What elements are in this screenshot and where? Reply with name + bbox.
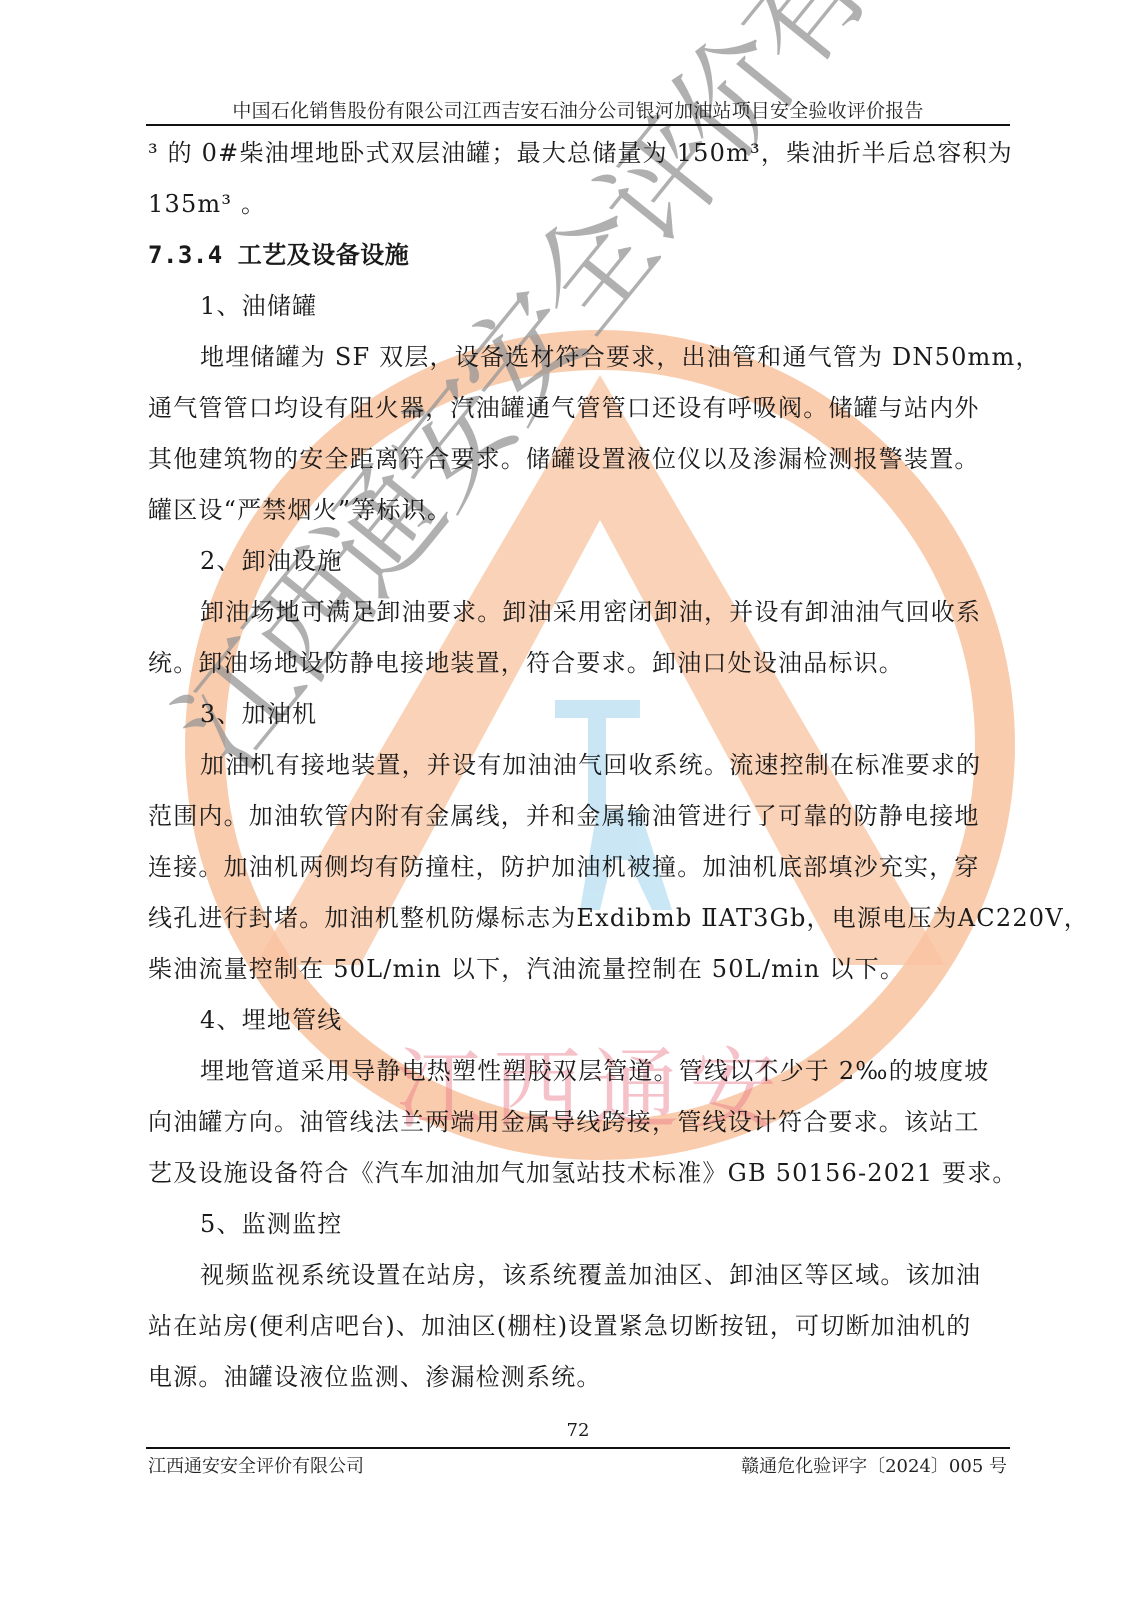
body-line: 向油罐方向。油管线法兰两端用金属导线跨接，管线设计符合要求。该站工 — [148, 1097, 1008, 1148]
body-line: 视频监视系统设置在站房，该系统覆盖加油区、卸油区等区域。该加油 — [148, 1250, 1008, 1301]
subsection-heading-dispenser: 3、加油机 — [148, 689, 1008, 740]
body-line: 135m³ 。 — [148, 179, 1008, 230]
body-line: 柴油流量控制在 50L/min 以下，汽油流量控制在 50L/min 以下。 — [148, 944, 1008, 995]
footer-company: 江西通安安全评价有限公司 — [148, 1452, 364, 1478]
body-line: 连接。加油机两侧均有防撞柱，防护加油机被撞。加油机底部填沙充实，穿 — [148, 842, 1008, 893]
report-body: ³ 的 0#柴油埋地卧式双层油罐；最大总储量为 150m³，柴油折半后总容积为 … — [148, 128, 1008, 1403]
body-line: 罐区设“严禁烟火”等标识。 — [148, 485, 1008, 536]
header-divider — [146, 124, 1010, 126]
footer-document-number: 赣通危化验评字〔2024〕005 号 — [741, 1452, 1007, 1478]
body-line: 站在站房(便利店吧台)、加油区(棚柱)设置紧急切断按钮，可切断加油机的 — [148, 1301, 1008, 1352]
body-line: 艺及设施设备符合《汽车加油加气加氢站技术标准》GB 50156-2021 要求。 — [148, 1148, 1008, 1199]
section-heading: 7.3.4 工艺及设备设施 — [148, 230, 1008, 281]
body-line: 电源。油罐设液位监测、渗漏检测系统。 — [148, 1352, 1008, 1403]
subsection-heading-pipeline: 4、埋地管线 — [148, 995, 1008, 1046]
footer-divider — [146, 1447, 1010, 1449]
body-line: 统。卸油场地设防静电接地装置，符合要求。卸油口处设油品标识。 — [148, 638, 1008, 689]
body-line: 通气管管口均设有阻火器，汽油罐通气管管口还设有呼吸阀。储罐与站内外 — [148, 383, 1008, 434]
body-line: ³ 的 0#柴油埋地卧式双层油罐；最大总储量为 150m³，柴油折半后总容积为 — [148, 128, 1008, 179]
body-line: 范围内。加油软管内附有金属线，并和金属输油管进行了可靠的防静电接地 — [148, 791, 1008, 842]
body-line: 卸油场地可满足卸油要求。卸油采用密闭卸油，并设有卸油油气回收系 — [148, 587, 1008, 638]
body-line: 其他建筑物的安全距离符合要求。储罐设置液位仪以及渗漏检测报警装置。 — [148, 434, 1008, 485]
body-line: 地埋储罐为 SF 双层，设备选材符合要求，出油管和通气管为 DN50mm， — [148, 332, 1008, 383]
body-line: 加油机有接地装置，并设有加油油气回收系统。流速控制在标准要求的 — [148, 740, 1008, 791]
subsection-heading-tank: 1、油储罐 — [148, 281, 1008, 332]
report-header-title: 中国石化销售股份有限公司江西吉安石油分公司银河加油站项目安全验收评价报告 — [148, 96, 1008, 123]
document-page: 江西通安 江西通安安全评价有限公司 中国石化销售股份有限公司江西吉安石油分公司银… — [0, 0, 1131, 1600]
section-number: 7.3.4 — [148, 241, 223, 269]
body-line: 线孔进行封堵。加油机整机防爆标志为Exdibmb ⅡAT3Gb，电源电压为AC2… — [148, 893, 1008, 944]
section-title: 工艺及设备设施 — [238, 241, 410, 269]
body-line: 埋地管道采用导静电热塑性塑胶双层管道。管线以不少于 2‰的坡度坡 — [148, 1046, 1008, 1097]
subsection-heading-monitoring: 5、监测监控 — [148, 1199, 1008, 1250]
page-number: 72 — [148, 1420, 1008, 1441]
subsection-heading-unloading: 2、卸油设施 — [148, 536, 1008, 587]
